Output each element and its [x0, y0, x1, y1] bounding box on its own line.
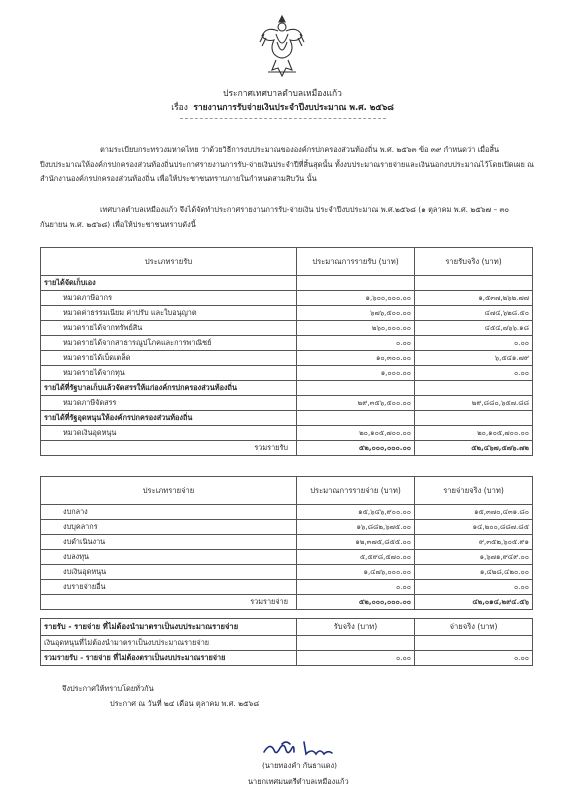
expense-actual-cell: ๑๕,๓๗๐,๔๓๑.๘๐ [415, 505, 533, 520]
expense-actual-cell: ๐.๐๐ [415, 580, 533, 595]
revenue-budget-cell: ๒๙,๓๕๖,๕๐๐.๐๐ [297, 396, 415, 411]
expense-budget-cell: ๑๖,๘๘๒,๖๗๕.๐๐ [297, 520, 415, 535]
offbudget-total-received: ๐.๐๐ [297, 651, 415, 666]
revenue-budget-cell [297, 411, 415, 426]
revenue-total-budget: ๕๒,๐๐๐,๐๐๐.๐๐ [297, 441, 415, 456]
signer-name: (นายทองคำ กันธาแดง) [262, 760, 337, 772]
revenue-type-cell: หมวดรายได้จากทรัพย์สิน [41, 321, 297, 336]
revenue-group-row: รายได้จัดเก็บเอง [41, 276, 533, 291]
revenue-actual-cell: ๔๕๔,๗๖๖.๑๘ [415, 321, 533, 336]
revenue-budget-cell: ๒๖๐,๐๐๐.๐๐ [297, 321, 415, 336]
offbudget-header-row: รายรับ - รายจ่าย ที่ไม่ต้องนำมาตราเป็นงบ… [41, 619, 533, 636]
revenue-budget-cell: ๐.๐๐ [297, 336, 415, 351]
revenue-budget-header: ประมาณการรายรับ (บาท) [297, 248, 415, 276]
expense-header-row: ประเภทรายจ่าย ประมาณการรายจ่าย (บาท) ราย… [41, 477, 533, 505]
revenue-actual-header: รายรับจริง (บาท) [415, 248, 533, 276]
revenue-actual-cell: ๒๐,๑๐๕,๗๐๐.๐๐ [415, 426, 533, 441]
revenue-item-row: หมวดรายได้จากทรัพย์สิน๒๖๐,๐๐๐.๐๐๔๕๔,๗๖๖.… [41, 321, 533, 336]
revenue-item-row: หมวดรายได้จากทุน๑,๐๐๐.๐๐๐.๐๐ [41, 366, 533, 381]
paragraph-report-intro: เทศบาลตำบลเหมืองแก้ว จึงได้จัดทำประกาศรา… [40, 203, 535, 232]
offbudget-row-paid [415, 636, 533, 651]
revenue-type-cell: รายได้จัดเก็บเอง [41, 276, 297, 291]
title-divider [180, 118, 386, 119]
expense-type-cell: งบเงินอุดหนุน [41, 565, 297, 580]
expense-type-header: ประเภทรายจ่าย [41, 477, 297, 505]
expense-type-cell: งบดำเนินงาน [41, 535, 297, 550]
offbudget-total-label: รวมรายรับ - รายจ่าย ที่ไม่ต้องตราเป็นงบป… [41, 651, 297, 666]
announcement-date: ประกาศ ณ วันที่ ๒๔ เดือน ตุลาคม พ.ศ. ๒๕๖… [110, 698, 259, 710]
expense-budget-cell: ๐.๐๐ [297, 580, 415, 595]
revenue-type-cell: หมวดภาษีจัดสรร [41, 396, 297, 411]
expense-type-cell: งบกลาง [41, 505, 297, 520]
revenue-actual-cell [415, 381, 533, 396]
revenue-type-cell: หมวดรายได้จากสาธารณูปโภคและการพาณิชย์ [41, 336, 297, 351]
expense-actual-cell: ๑๔,๒๐๐,๘๘๗.๘๕ [415, 520, 533, 535]
announcement-subject: เรื่อง รายงานการรับจ่ายเงินประจำปีงบประม… [0, 100, 565, 114]
expense-type-cell: งบบุคลากร [41, 520, 297, 535]
expense-item-row: งบเงินอุดหนุน๑,๔๗๖,๐๐๐.๐๐๑,๔๒๘,๔๒๐.๐๐ [41, 565, 533, 580]
offbudget-row: เงินอุดหนุนที่ไม่ต้องนำมาตราเป็นงบประมาณ… [41, 636, 533, 651]
revenue-type-cell: รายได้ที่รัฐอุดหนุนให้องค์กรปกครองส่วนท้… [41, 411, 297, 426]
expense-actual-cell: ๑,๔๒๘,๔๒๐.๐๐ [415, 565, 533, 580]
revenue-budget-cell: ๑,๐๐๐.๐๐ [297, 366, 415, 381]
revenue-type-cell: หมวดรายได้จากทุน [41, 366, 297, 381]
offbudget-total-row: รวมรายรับ - รายจ่าย ที่ไม่ต้องตราเป็นงบป… [41, 651, 533, 666]
revenue-item-row: หมวดรายได้จากสาธารณูปโภคและการพาณิชย์๐.๐… [41, 336, 533, 351]
revenue-type-cell: หมวดค่าธรรมเนียม ค่าปรับ และใบอนุญาต [41, 306, 297, 321]
expense-budget-cell: ๑๕,๖๔๖,๙๐๐.๐๐ [297, 505, 415, 520]
offbudget-type-header: รายรับ - รายจ่าย ที่ไม่ต้องนำมาตราเป็นงบ… [41, 619, 297, 636]
expense-table: ประเภทรายจ่าย ประมาณการรายจ่าย (บาท) ราย… [40, 476, 533, 610]
expense-item-row: งบลงทุน๕,๕๙๘,๕๗๐.๐๐๑,๖๗๑,๙๔๙.๐๐ [41, 550, 533, 565]
revenue-header-row: ประเภทรายรับ ประมาณการรายรับ (บาท) รายรั… [41, 248, 533, 276]
expense-total-row: รวมรายจ่าย ๕๒,๐๐๐,๐๐๐.๐๐ ๔๒,๐๑๔,๒๙๔.๕๖ [41, 595, 533, 610]
revenue-type-cell: รายได้ที่รัฐบาลเก็บแล้วจัดสรรให้แก่องค์ก… [41, 381, 297, 396]
expense-total-budget: ๕๒,๐๐๐,๐๐๐.๐๐ [297, 595, 415, 610]
revenue-actual-cell [415, 276, 533, 291]
expense-total-actual: ๔๒,๐๑๔,๒๙๔.๕๖ [415, 595, 533, 610]
expense-actual-cell: ๑,๖๗๑,๙๔๙.๐๐ [415, 550, 533, 565]
revenue-type-cell: หมวดรายได้เบ็ดเตล็ด [41, 351, 297, 366]
expense-total-label: รวมรายจ่าย [41, 595, 297, 610]
revenue-total-actual: ๕๒,๔๖๗,๕๗๖.๗๒ [415, 441, 533, 456]
revenue-table: ประเภทรายรับ ประมาณการรายรับ (บาท) รายรั… [40, 247, 533, 456]
revenue-budget-cell: ๖๗๖,๕๐๐.๐๐ [297, 306, 415, 321]
revenue-actual-cell: ๑,๕๓๗,๒๖๒.๗๗ [415, 291, 533, 306]
expense-type-cell: งบรายจ่ายอื่น [41, 580, 297, 595]
expense-type-cell: งบลงทุน [41, 550, 297, 565]
expense-budget-cell: ๑๒,๓๗๕,๘๕๕.๐๐ [297, 535, 415, 550]
revenue-item-row: หมวดรายได้เบ็ดเตล็ด๑๐,๓๐๐.๐๐๖,๕๔๑.๗๙ [41, 351, 533, 366]
revenue-total-row: รวมรายรับ ๕๒,๐๐๐,๐๐๐.๐๐ ๕๒,๔๖๗,๕๗๖.๗๒ [41, 441, 533, 456]
revenue-type-cell: หมวดภาษีอากร [41, 291, 297, 306]
revenue-actual-cell: ๔๗๔,๖๒๘.๕๐ [415, 306, 533, 321]
revenue-item-row: หมวดภาษีจัดสรร๒๙,๓๕๖,๕๐๐.๐๐๒๙,๘๘๐,๖๕๗.๘๘ [41, 396, 533, 411]
signature-icon [260, 738, 340, 760]
revenue-item-row: หมวดค่าธรรมเนียม ค่าปรับ และใบอนุญาต๖๗๖,… [41, 306, 533, 321]
expense-item-row: งบรายจ่ายอื่น๐.๐๐๐.๐๐ [41, 580, 533, 595]
offbudget-table: รายรับ - รายจ่าย ที่ไม่ต้องนำมาตราเป็นงบ… [40, 618, 533, 666]
expense-actual-header: รายจ่ายจริง (บาท) [415, 477, 533, 505]
expense-budget-header: ประมาณการรายจ่าย (บาท) [297, 477, 415, 505]
revenue-budget-cell [297, 381, 415, 396]
revenue-actual-cell: ๖,๕๔๑.๗๙ [415, 351, 533, 366]
revenue-group-row: รายได้ที่รัฐอุดหนุนให้องค์กรปกครองส่วนท้… [41, 411, 533, 426]
closing-announce: จึงประกาศให้ทราบโดยทั่วกัน [62, 683, 154, 695]
announcement-title: ประกาศเทศบาลตำบลเหมืองแก้ว [0, 86, 565, 100]
offbudget-paid-header: จ่ายจริง (บาท) [415, 619, 533, 636]
expense-budget-cell: ๑,๔๗๖,๐๐๐.๐๐ [297, 565, 415, 580]
revenue-budget-cell [297, 276, 415, 291]
subject-text: รายงานการรับจ่ายเงินประจำปีงบประมาณ พ.ศ.… [193, 103, 393, 113]
paragraph-regulation: ตามระเบียบกระทรวงมหาดไทย ว่าด้วยวิธีการง… [40, 143, 535, 187]
revenue-actual-cell: ๐.๐๐ [415, 336, 533, 351]
revenue-actual-cell: ๐.๐๐ [415, 366, 533, 381]
signer-title: นายกเทศมนตรีตำบลเหมืองแก้ว [248, 776, 349, 788]
revenue-actual-cell [415, 411, 533, 426]
expense-item-row: งบบุคลากร๑๖,๘๘๒,๖๗๕.๐๐๑๔,๒๐๐,๘๘๗.๘๕ [41, 520, 533, 535]
expense-budget-cell: ๕,๕๙๘,๕๗๐.๐๐ [297, 550, 415, 565]
revenue-group-row: รายได้ที่รัฐบาลเก็บแล้วจัดสรรให้แก่องค์ก… [41, 381, 533, 396]
revenue-budget-cell: ๑๐,๓๐๐.๐๐ [297, 351, 415, 366]
expense-item-row: งบดำเนินงาน๑๒,๓๗๕,๘๕๕.๐๐๙,๓๕๒,๖๐๕.๙๑ [41, 535, 533, 550]
offbudget-row-label: เงินอุดหนุนที่ไม่ต้องนำมาตราเป็นงบประมาณ… [41, 636, 297, 651]
revenue-item-row: หมวดเงินอุดหนุน๒๐,๑๐๕,๗๐๐.๐๐๒๐,๑๐๕,๗๐๐.๐… [41, 426, 533, 441]
expense-actual-cell: ๙,๓๕๒,๖๐๕.๙๑ [415, 535, 533, 550]
offbudget-total-paid: ๐.๐๐ [415, 651, 533, 666]
revenue-budget-cell: ๑,๖๐๐,๐๐๐.๐๐ [297, 291, 415, 306]
subject-label: เรื่อง [171, 103, 188, 113]
revenue-item-row: หมวดภาษีอากร๑,๖๐๐,๐๐๐.๐๐๑,๕๓๗,๒๖๒.๗๗ [41, 291, 533, 306]
revenue-actual-cell: ๒๙,๘๘๐,๖๕๗.๘๘ [415, 396, 533, 411]
offbudget-received-header: รับจริง (บาท) [297, 619, 415, 636]
garuda-emblem-icon [258, 12, 306, 80]
revenue-total-label: รวมรายรับ [41, 441, 297, 456]
revenue-type-header: ประเภทรายรับ [41, 248, 297, 276]
offbudget-row-received [297, 636, 415, 651]
revenue-budget-cell: ๒๐,๑๐๕,๗๐๐.๐๐ [297, 426, 415, 441]
revenue-type-cell: หมวดเงินอุดหนุน [41, 426, 297, 441]
expense-item-row: งบกลาง๑๕,๖๔๖,๙๐๐.๐๐๑๕,๓๗๐,๔๓๑.๘๐ [41, 505, 533, 520]
